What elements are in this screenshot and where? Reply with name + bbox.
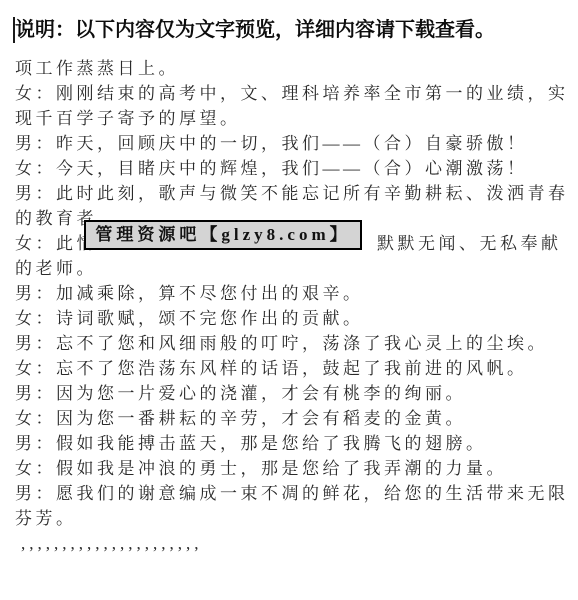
text-line: 女：忘不了您浩荡东风样的话语，鼓起了我前进的风帆。 — [15, 356, 573, 381]
preview-text-body: 项工作蒸蒸日上。女：刚刚结束的高考中，文、理科培养率全市第一的业绩，实现千百学子… — [15, 56, 573, 556]
text-line: 男：忘不了您和风细雨般的叮咛，荡涤了我心灵上的尘埃。 — [15, 331, 573, 356]
ellipsis-row: ,,,,,,,,,,,,,,,,,,,,,, — [15, 531, 573, 556]
text-line: 女：假如我是冲浪的勇士，那是您给了我弄潮的力量。 — [15, 456, 573, 481]
document-preview-page: 说明：以下内容仅为文字预览，详细内容请下载查看。 项工作蒸蒸日上。女：刚刚结束的… — [0, 0, 578, 600]
text-line: 女：刚刚结束的高考中，文、理科培养率全市第一的业绩，实 — [15, 81, 573, 106]
text-line: 男：昨天，回顾庆中的一切，我们——（合）自豪骄傲！ — [15, 131, 573, 156]
text-line: 男：此时此刻，歌声与微笑不能忘记所有辛勤耕耘、泼洒青春 — [15, 181, 573, 206]
text-line: 男：因为您一片爱心的浇灌，才会有桃李的绚丽。 — [15, 381, 573, 406]
text-line: 女：今天，目睹庆中的辉煌，我们——（合）心潮激荡！ — [15, 156, 573, 181]
text-line: 男：假如我能搏击蓝天，那是您给了我腾飞的翅膀。 — [15, 431, 573, 456]
text-line: 项工作蒸蒸日上。 — [15, 56, 573, 81]
covered-line-suffix: 默默无闻、无私奉献 — [377, 234, 562, 253]
text-line: 芬芳。 — [15, 506, 573, 531]
preview-notice-heading: 说明：以下内容仅为文字预览，详细内容请下载查看。 — [15, 16, 495, 44]
text-line: 男：加减乘除，算不尽您付出的艰辛。 — [15, 281, 573, 306]
text-line: 女：诗词歌赋，颂不完您作出的贡献。 — [15, 306, 573, 331]
text-line: 男：愿我们的谢意编成一束不凋的鲜花，给您的生活带来无限 — [15, 481, 573, 506]
lines-before-watermark: 项工作蒸蒸日上。女：刚刚结束的高考中，文、理科培养率全市第一的业绩，实现千百学子… — [15, 56, 573, 231]
text-line: 现千百学子寄予的厚望。 — [15, 106, 573, 131]
lines-after-watermark: 的老师。男：加减乘除，算不尽您付出的艰辛。女：诗词歌赋，颂不完您作出的贡献。男：… — [15, 256, 573, 531]
text-line: 的老师。 — [15, 256, 573, 281]
watermark-badge: 管理资源吧【glzy8.com】 — [84, 220, 362, 250]
text-line: 女：因为您一番耕耘的辛劳，才会有稻麦的金黄。 — [15, 406, 573, 431]
